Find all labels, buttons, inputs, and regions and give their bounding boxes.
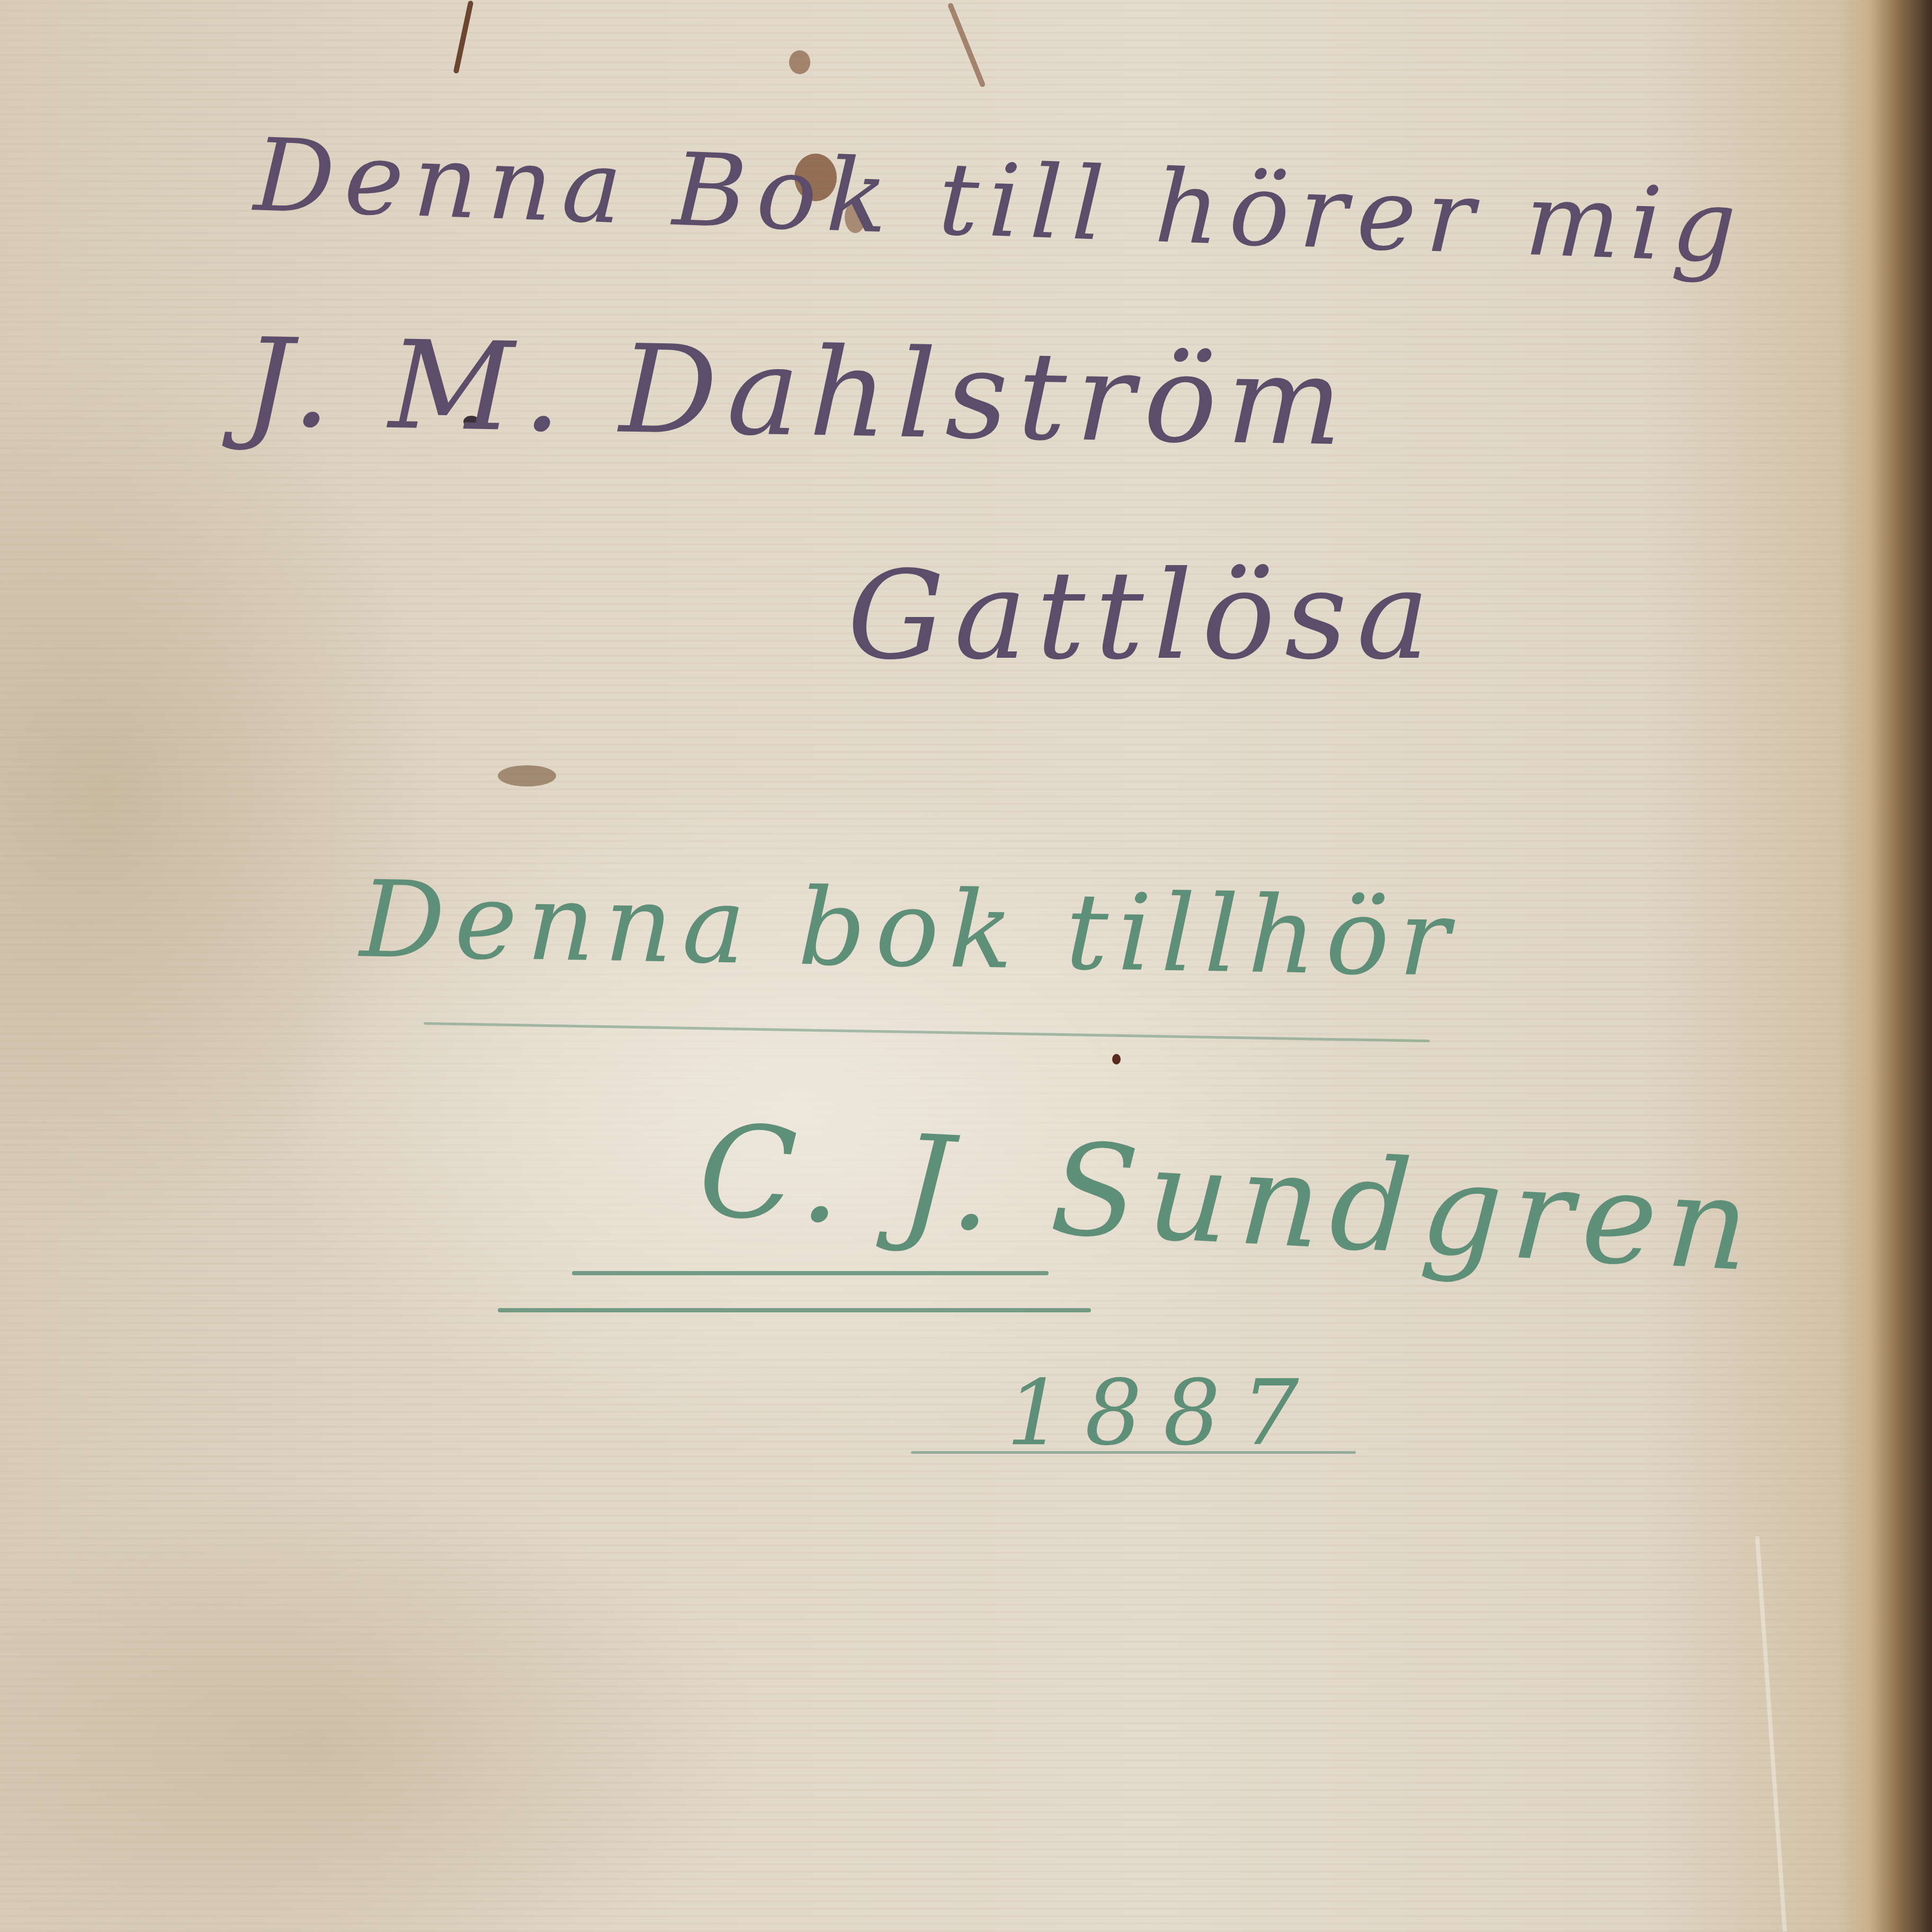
- book-spine-edge: [1837, 0, 1932, 1932]
- signature-underline: [498, 1308, 1091, 1312]
- inscription-1-line-1: Denna Bok till hörer mig: [252, 117, 1748, 285]
- year-underline: [911, 1451, 1356, 1454]
- inscription-1-line-3: Gattlösa: [847, 545, 1439, 687]
- book-page: Denna Bok till hörer mig J. M. Dahlström…: [0, 0, 1932, 1932]
- ink-stroke-top: [947, 2, 986, 87]
- signature: C. J. Sundgren: [695, 1096, 1762, 1300]
- ink-stroke-top: [453, 0, 474, 74]
- inscription-1-line-2: J. M. Dahlström: [243, 312, 1353, 473]
- page-fold: [1755, 1536, 1787, 1932]
- ink-stain: [498, 765, 556, 786]
- ink-dot: [1112, 1054, 1121, 1065]
- signature-underline: [572, 1271, 1049, 1275]
- ink-stain: [789, 50, 810, 74]
- year: 1887: [1006, 1361, 1320, 1466]
- underline: [424, 1022, 1430, 1042]
- inscription-2-line-1: Denna bok tillhör: [359, 858, 1460, 1000]
